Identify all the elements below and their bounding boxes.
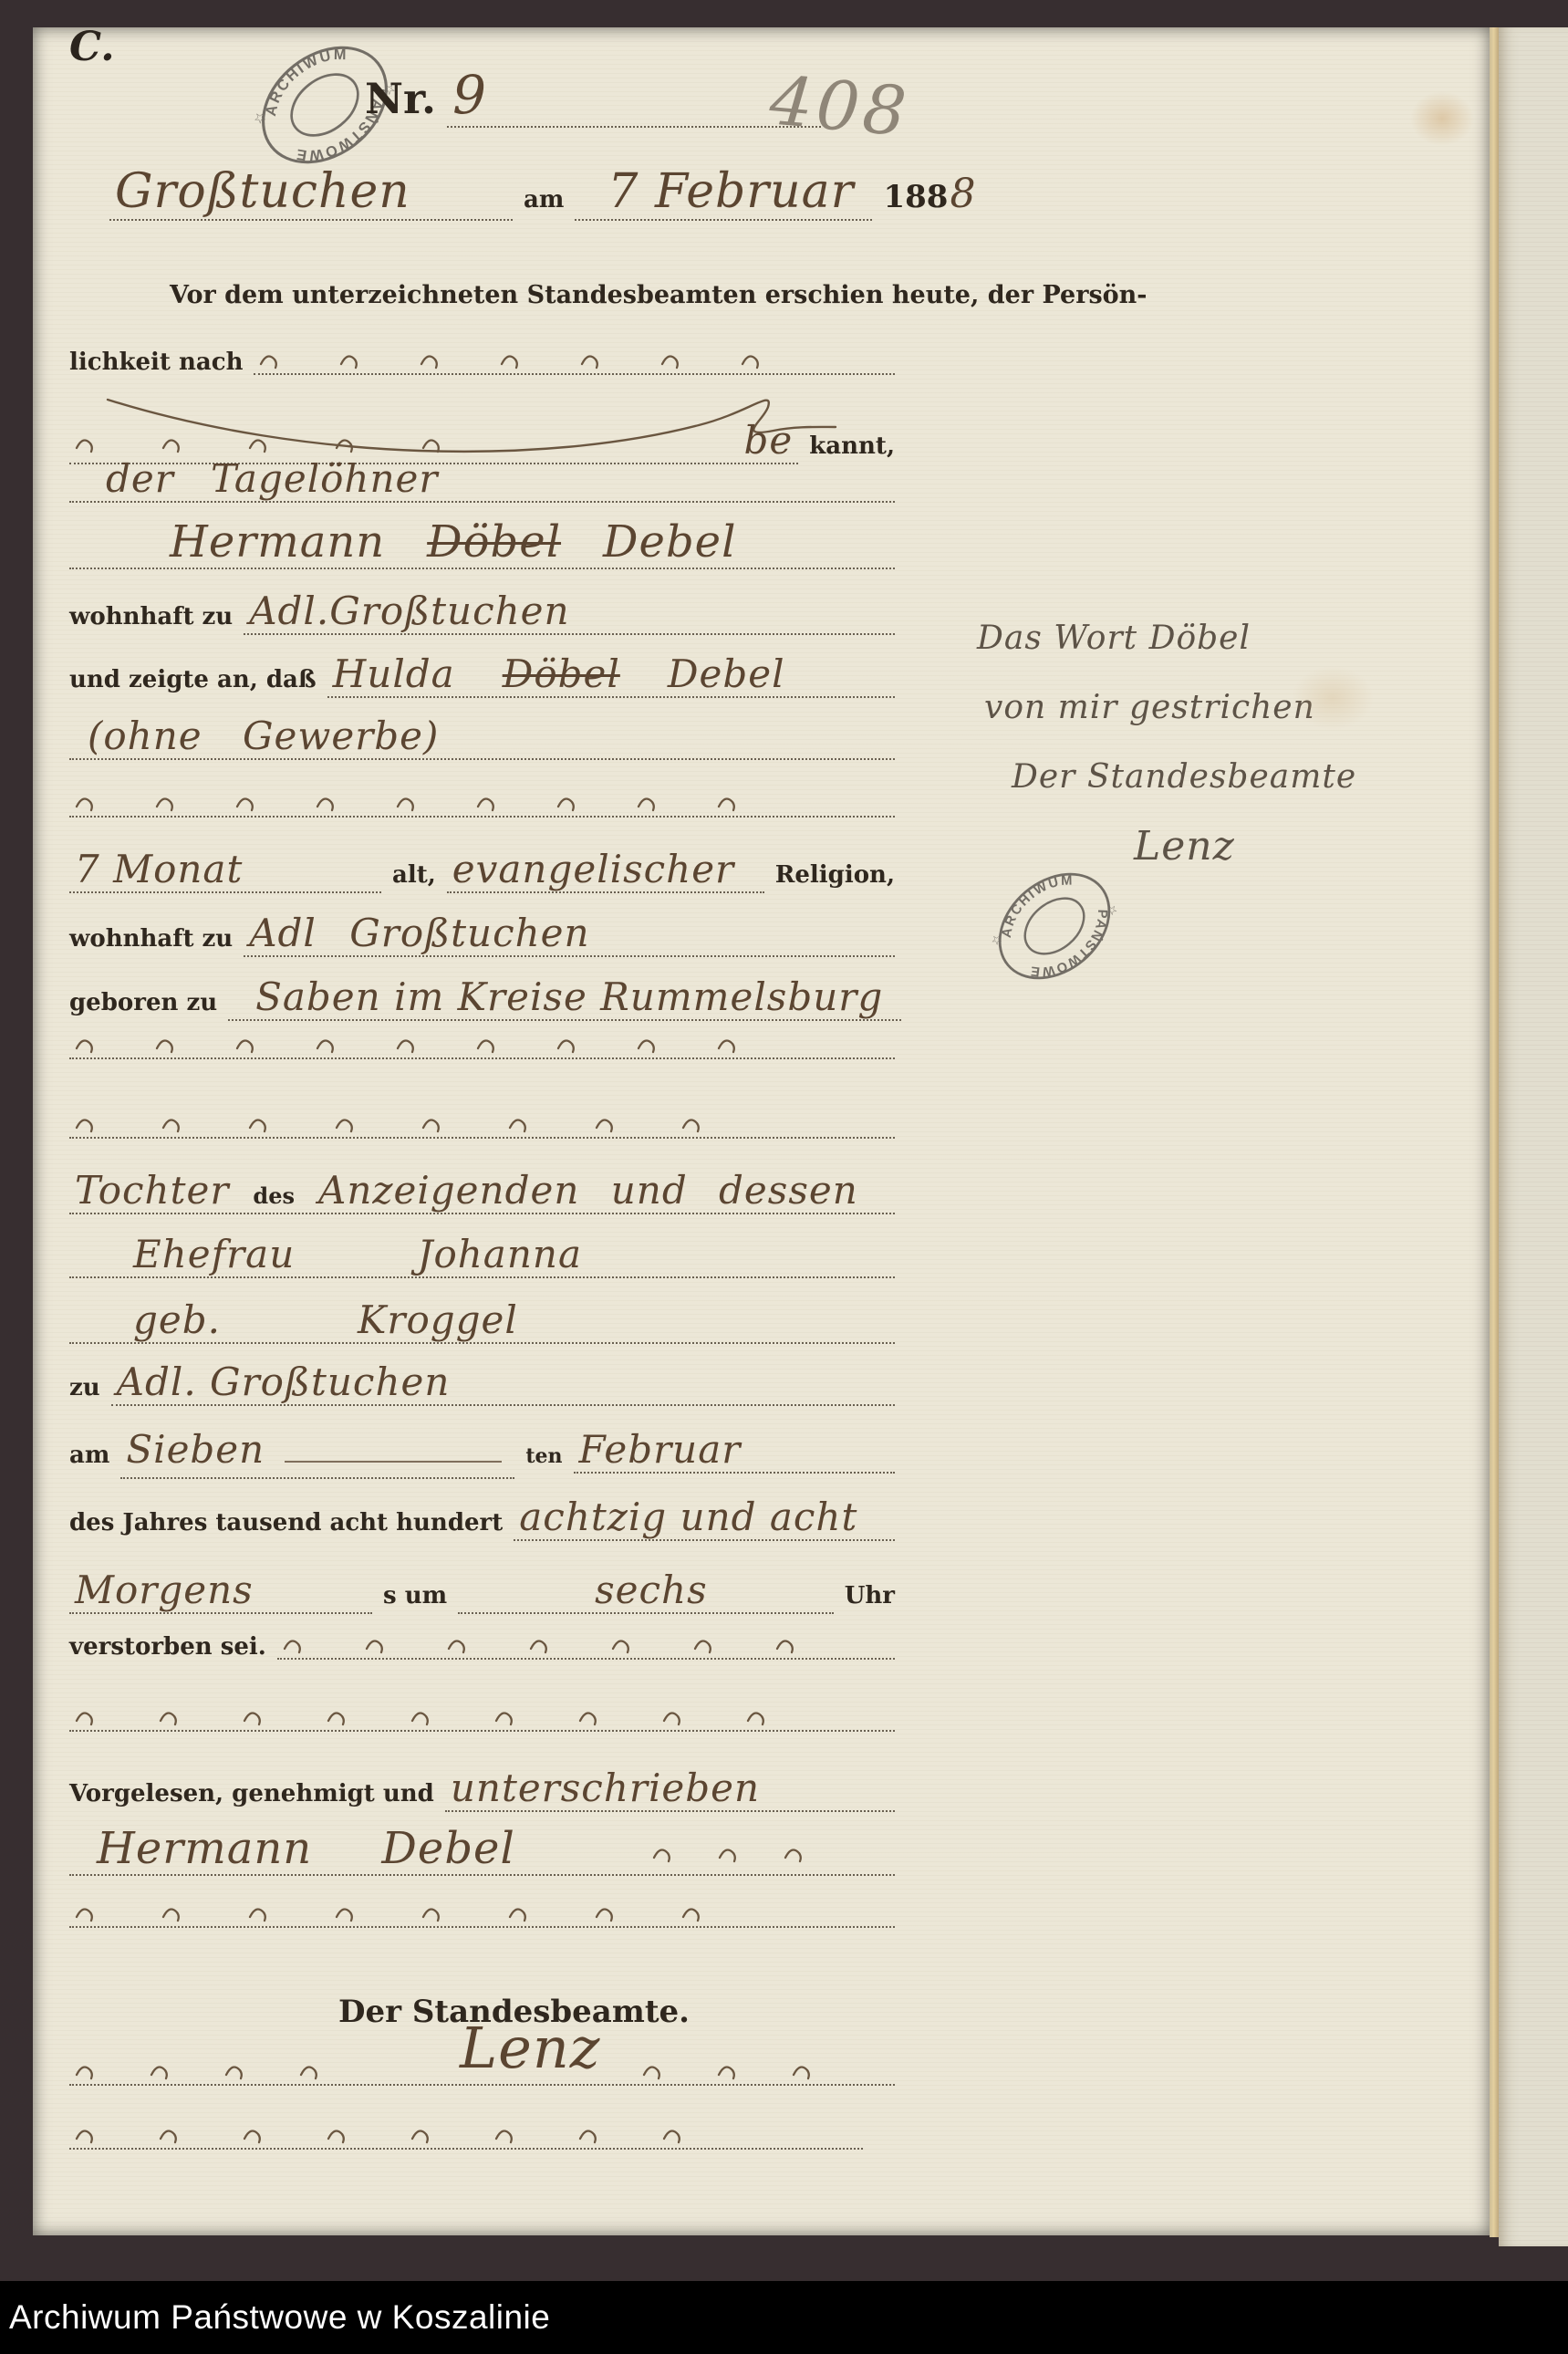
mother-line-1: Ehefrau Johanna <box>69 1232 895 1278</box>
margin-correction-note: Das Wort Döbel von mir gestrichen Der St… <box>977 604 1397 881</box>
pen-filler-strokes <box>642 2060 867 2084</box>
declarant-name-line: Hermann Döbel Debel <box>69 516 895 569</box>
residence-value-2: Adl Großtuchen <box>249 911 589 955</box>
death-time-line: Morgens s um sechs Uhr <box>69 1568 895 1614</box>
pen-filler-strokes <box>283 1634 857 1658</box>
religion-label: Religion, <box>775 861 895 889</box>
identity-line: lichkeit nach <box>69 349 895 376</box>
verstorben-line: verstorben sei. <box>69 1633 895 1661</box>
religion-value: evangelischer <box>452 847 734 891</box>
death-month-value: Februar <box>579 1427 742 1472</box>
adjacent-page-edge <box>1499 27 1568 2246</box>
gewerbe-line: (ohne Gewerbe) <box>69 713 895 760</box>
pen-filler-strokes <box>259 349 821 373</box>
vorgelesen-line: Vorgelesen, genehmigt und unterschrieben <box>69 1765 895 1812</box>
mother-line-2: geb. Kroggel <box>69 1297 895 1344</box>
death-day-value: Sieben <box>126 1427 265 1472</box>
paper-stain <box>1292 666 1374 730</box>
alt-label: alt, <box>392 861 436 889</box>
residence-line-2: wohnhaft zu Adl Großtuchen <box>69 911 895 957</box>
death-place-line: zu Adl. Großtuchen <box>69 1359 895 1406</box>
intro-text: Vor dem unterzeichneten Standesbeamten e… <box>170 281 1147 309</box>
residence-line-1: wohnhaft zu Adl.Großtuchen <box>69 588 895 635</box>
occupation-value: der Tagelöhner <box>106 456 438 501</box>
birthplace-line: geboren zu Saben im Kreise Rummelsburg <box>69 974 895 1021</box>
year-printed: 188 <box>883 179 948 215</box>
place-date-line: Großtuchen am 7 Februar 188 8 <box>109 164 921 221</box>
declarant-signature-line: Hermann Debel <box>69 1823 895 1876</box>
relation-line: Tochter des Anzeigenden und dessen <box>69 1168 895 1214</box>
pencil-folio-number: 408 <box>767 61 913 151</box>
relation-rest-value: Anzeigenden und dessen <box>318 1168 858 1213</box>
declarant-signature: Hermann Debel <box>97 1823 515 1874</box>
vorgelesen-label: Vorgelesen, genehmigt und <box>69 1780 434 1807</box>
s-um-label: s um <box>383 1582 447 1609</box>
wohnhaft-label: wohnhaft zu <box>69 603 233 630</box>
deceased-surname: Debel <box>668 651 785 696</box>
record-number-line: Nr. 9 <box>365 64 821 128</box>
death-place-value: Adl. Großtuchen <box>117 1359 451 1404</box>
pen-filler-strokes <box>75 2124 746 2148</box>
form-corner-letter: C. <box>69 24 115 70</box>
declarant-surname: Debel <box>603 516 736 568</box>
mother-maiden-name: Kroggel <box>358 1297 518 1342</box>
filler-line <box>69 1706 895 1732</box>
stamp-text-top: ARCHIWUM <box>250 30 357 124</box>
pen-stroke <box>285 1461 502 1463</box>
am-label: am <box>524 186 564 214</box>
paper-stain <box>1410 91 1474 146</box>
jahres-label: des Jahres tausend acht hundert <box>69 1509 503 1536</box>
year-written-digit: 8 <box>950 171 976 217</box>
deceased-struck-name: Döbel <box>503 651 620 696</box>
lichkeit-label: lichkeit nach <box>69 349 243 376</box>
margin-note-line: Der Standesbeamte <box>1012 743 1397 812</box>
relation-value: Tochter <box>75 1168 229 1213</box>
document-page: C. ARCHIWUM PAŃSTWOWE ☆ ☆ Nr. <box>33 27 1490 2235</box>
record-number-value: 9 <box>452 64 487 126</box>
declarant-first-name: Hermann <box>170 516 385 568</box>
zeigte-label: und zeigte an, daß <box>69 666 317 693</box>
mother-names: Ehefrau Johanna <box>133 1232 582 1276</box>
age-religion-line: 7 Monat alt, evangelischer Religion, <box>69 847 895 893</box>
death-date-line: am Sieben ten Februar <box>69 1427 895 1479</box>
pen-filler-strokes <box>652 1843 849 1867</box>
pen-filler-strokes <box>75 2060 374 2084</box>
hour-value: sechs <box>595 1568 708 1612</box>
verstorben-label: verstorben sei. <box>69 1633 266 1661</box>
death-year-line: des Jahres tausend acht hundert achtzig … <box>69 1495 895 1541</box>
margin-note-line: Das Wort Döbel <box>977 604 1397 673</box>
pen-filler-strokes <box>75 1706 830 1730</box>
filler-line <box>69 2124 863 2150</box>
gewerbe-value: (ohne Gewerbe) <box>88 713 439 758</box>
residence-value-1: Adl.Großtuchen <box>249 588 569 633</box>
zu-label: zu <box>69 1374 100 1401</box>
birthplace-value: Saben im Kreise Rummelsburg <box>255 974 883 1019</box>
filler-line <box>69 792 895 818</box>
filler-line <box>69 1902 895 1928</box>
wohnhaft2-label: wohnhaft zu <box>69 925 233 953</box>
geboren-label: geboren zu <box>69 989 217 1016</box>
age-value: 7 Monat <box>75 847 243 891</box>
daytime-value: Morgens <box>75 1568 254 1612</box>
filler-line <box>69 1113 895 1139</box>
filler-line <box>69 1034 895 1059</box>
unterschrieben-value: unterschrieben <box>451 1765 760 1810</box>
des-label: des <box>253 1182 295 1209</box>
nr-label: Nr. <box>365 74 436 123</box>
svg-text:ARCHIWUM: ARCHIWUM <box>250 30 357 124</box>
deceased-first-name: Hulda <box>333 651 455 696</box>
pen-filler-strokes <box>75 792 797 816</box>
date-value: 7 Februar <box>607 164 854 219</box>
am2-label: am <box>69 1442 109 1469</box>
place-value: Großtuchen <box>115 164 410 219</box>
archival-scan: C. ARCHIWUM PAŃSTWOWE ☆ ☆ Nr. <box>0 0 1568 2354</box>
geb-abbrev: geb. <box>133 1297 221 1342</box>
archive-name: Archiwum Państwowe w Koszalinie <box>9 2298 550 2337</box>
margin-note-signature: Lenz <box>1134 812 1397 881</box>
archive-caption-bar: Archiwum Państwowe w Koszalinie <box>0 2281 1568 2354</box>
pen-filler-strokes <box>75 433 508 457</box>
page-fold-crease <box>1490 27 1499 2237</box>
pen-filler-strokes <box>75 1113 768 1137</box>
declarant-struck-name: Döbel <box>427 516 561 568</box>
occupation-line: der Tagelöhner <box>69 456 895 503</box>
year-words-value: achtzig und acht <box>519 1495 857 1539</box>
deceased-name-line: und zeigte an, daß Hulda Döbel Debel <box>69 651 895 698</box>
pen-filler-strokes <box>75 1034 797 1057</box>
ten-label: ten <box>525 1444 562 1468</box>
pen-filler-strokes <box>75 1902 768 1926</box>
official-signature: Lenz <box>460 2015 600 2081</box>
uhr-label: Uhr <box>845 1582 895 1609</box>
